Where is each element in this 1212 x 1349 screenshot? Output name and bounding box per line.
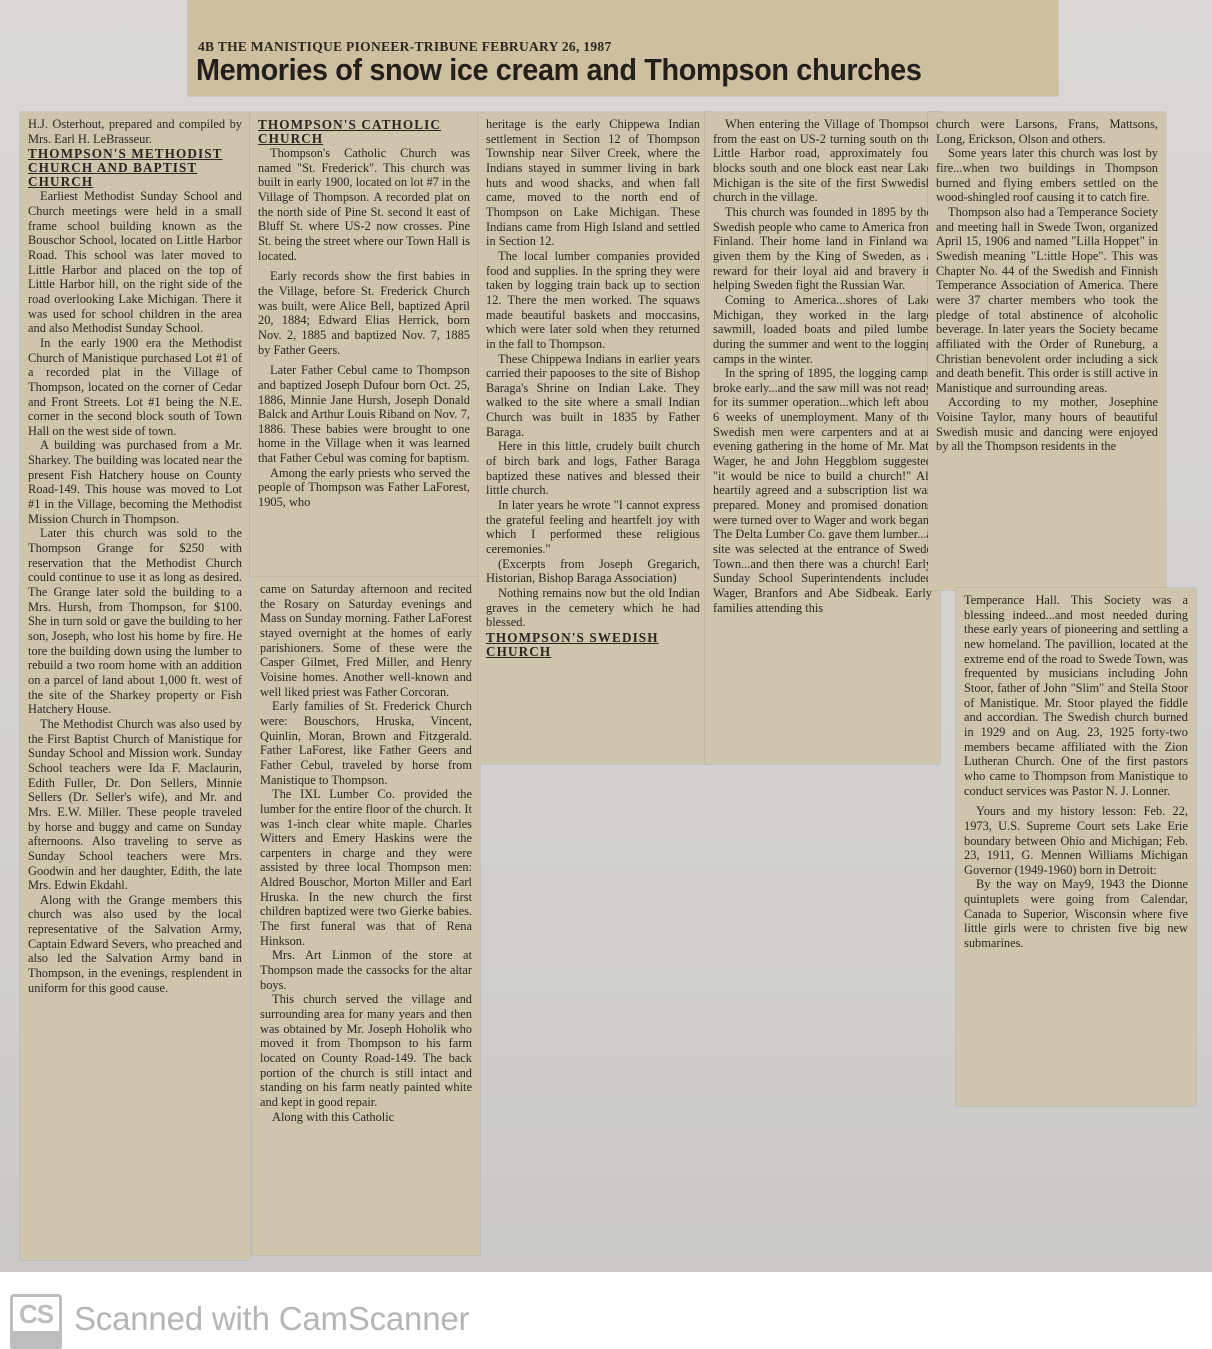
paragraph: Earliest Methodist Sunday School and Chu… [28,189,242,336]
section-heading-methodist: THOMPSON'S METHODIST CHURCH AND BAPTIST … [28,147,242,189]
paragraph: Here in this little, crudely built churc… [486,439,700,498]
section-heading-swedish: THOMPSON'S SWEDISH CHURCH [486,631,700,659]
watermark-text: Scanned with CamScanner [74,1300,469,1338]
column-catholic-top: THOMPSON'S CATHOLIC CHURCH Thompson's Ca… [250,112,478,577]
paragraph: church were Larsons, Frans, Mattsons, Lo… [936,117,1158,146]
paragraph: These Chippewa Indians in earlier years … [486,352,700,440]
camscanner-footer: CS Scanned with CamScanner [0,1272,1212,1349]
paragraph: Among the early priests who served the p… [258,466,470,510]
paragraph: The IXL Lumber Co. provided the lumber f… [260,787,472,948]
paragraph: Along with the Grange members this churc… [28,893,242,996]
paragraph: This church served the village and surro… [260,992,472,1109]
column-swedish: When entering the Village of Thompson fr… [705,112,940,764]
paragraph: Early families of St. Frederick Church w… [260,699,472,787]
paragraph: Thompson's Catholic Church was named "St… [258,146,470,263]
column-temperance-top: church were Larsons, Frans, Mattsons, Lo… [928,112,1166,590]
column-methodist: H.J. Osterhout, prepared and compiled by… [20,112,250,1260]
paragraph: Early records show the first babies in t… [258,269,470,357]
paragraph: Later Father Cebul came to Thompson and … [258,363,470,466]
paragraph: Yours and my history lesson: Feb. 22, 19… [964,804,1188,877]
paragraph: This church was founded in 1895 by the S… [713,205,932,293]
paragraph: Along with this Catholic [260,1110,472,1125]
headline-clipping: 4B THE MANISTIQUE PIONEER-TRIBUNE FEBRUA… [188,0,1058,96]
paragraph: Nothing remains now but the old Indian g… [486,586,700,630]
paragraph: In the early 1900 era the Methodist Chur… [28,336,242,439]
paragraph: Coming to America...shores of Lake Michi… [713,293,932,366]
headline: Memories of snow ice cream and Thompson … [196,52,922,88]
paragraph: In later years he wrote "I cannot expres… [486,498,700,557]
paragraph: Mrs. Art Linmon of the store at Thompson… [260,948,472,992]
paragraph: The Methodist Church was also used by th… [28,717,242,893]
paragraph: The local lumber companies provided food… [486,249,700,352]
paragraph: heritage is the early Chippewa Indian se… [486,117,700,249]
paragraph: Later this church was sold to the Thomps… [28,526,242,717]
paragraph: When entering the Village of Thompson fr… [713,117,932,205]
paragraph: Temperance Hall. This Society was a bles… [964,593,1188,798]
paragraph: Thompson also had a Temperance Society a… [936,205,1158,396]
column-temperance-bottom: Temperance Hall. This Society was a bles… [956,588,1196,1106]
paragraph: By the way on May9, 1943 the Dionne quin… [964,877,1188,950]
paragraph: In the spring of 1895, the logging camps… [713,366,932,615]
paragraph: (Excerpts from Joseph Gregarich, Histori… [486,557,700,586]
column-chippewa: heritage is the early Chippewa Indian se… [478,112,708,764]
paragraph: A building was purchased from a Mr. Shar… [28,438,242,526]
camscanner-logo-icon: CS [10,1294,62,1349]
column-catholic-bottom: came on Saturday afternoon and recited t… [252,577,480,1255]
paragraph: According to my mother, Josephine Voisin… [936,395,1158,454]
section-heading-catholic: THOMPSON'S CATHOLIC CHURCH [258,118,470,146]
paragraph: came on Saturday afternoon and recited t… [260,582,472,699]
paragraph: Some years later this church was lost by… [936,146,1158,205]
byline: H.J. Osterhout, prepared and compiled by… [28,117,242,146]
